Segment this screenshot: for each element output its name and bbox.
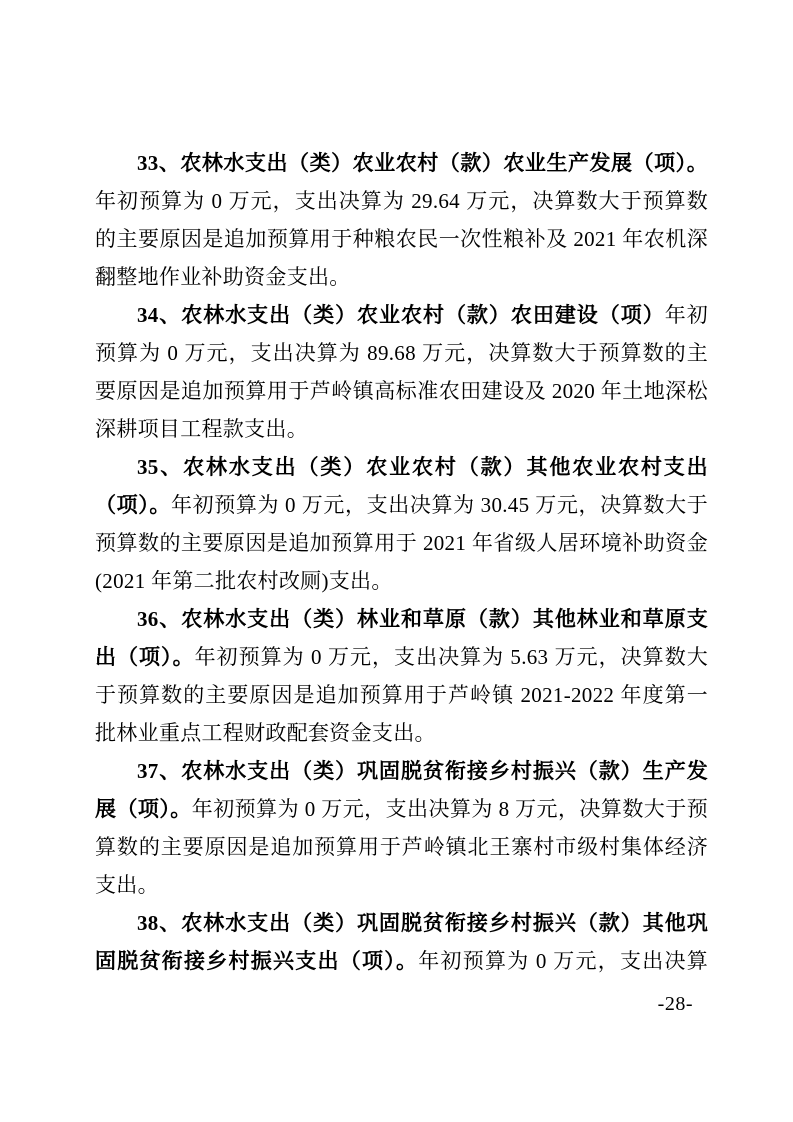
paragraph-34: 34、农林水支出（类）农业农村（款）农田建设（项）年初预算为 0 万元，支出决算… (95, 296, 708, 448)
paragraph-38: 38、农林水支出（类）巩固脱贫衔接乡村振兴（款）其他巩固脱贫衔接乡村振兴支出（项… (95, 904, 708, 980)
paragraph-36: 36、农林水支出（类）林业和草原（款）其他林业和草原支出（项）。年初预算为 0 … (95, 600, 708, 752)
document-body: 33、农林水支出（类）农业农村（款）农业生产发展（项）。年初预算为 0 万元，支… (95, 144, 708, 980)
paragraph-33: 33、农林水支出（类）农业农村（款）农业生产发展（项）。年初预算为 0 万元，支… (95, 144, 708, 296)
paragraph-35-body: 年初预算为 0 万元，支出决算为 30.45 万元，决算数大于预算数的主要原因是… (95, 493, 708, 593)
paragraph-33-heading: 33、农林水支出（类）农业农村（款）农业生产发展（项）。 (137, 151, 708, 175)
paragraph-35: 35、农林水支出（类）农业农村（款）其他农业农村支出（项）。年初预算为 0 万元… (95, 448, 708, 600)
document-page: 33、农林水支出（类）农业农村（款）农业生产发展（项）。年初预算为 0 万元，支… (0, 0, 793, 1122)
page-number: -28- (658, 992, 693, 1016)
paragraph-38-body: 年初预算为 0 万元，支出决算 (418, 949, 708, 973)
paragraph-33-body: 年初预算为 0 万元，支出决算为 29.64 万元，决算数大于预算数的主要原因是… (95, 189, 708, 289)
paragraph-34-heading: 34、农林水支出（类）农业农村（款）农田建设（项） (137, 303, 665, 327)
paragraph-37: 37、农林水支出（类）巩固脱贫衔接乡村振兴（款）生产发展（项）。年初预算为 0 … (95, 752, 708, 904)
